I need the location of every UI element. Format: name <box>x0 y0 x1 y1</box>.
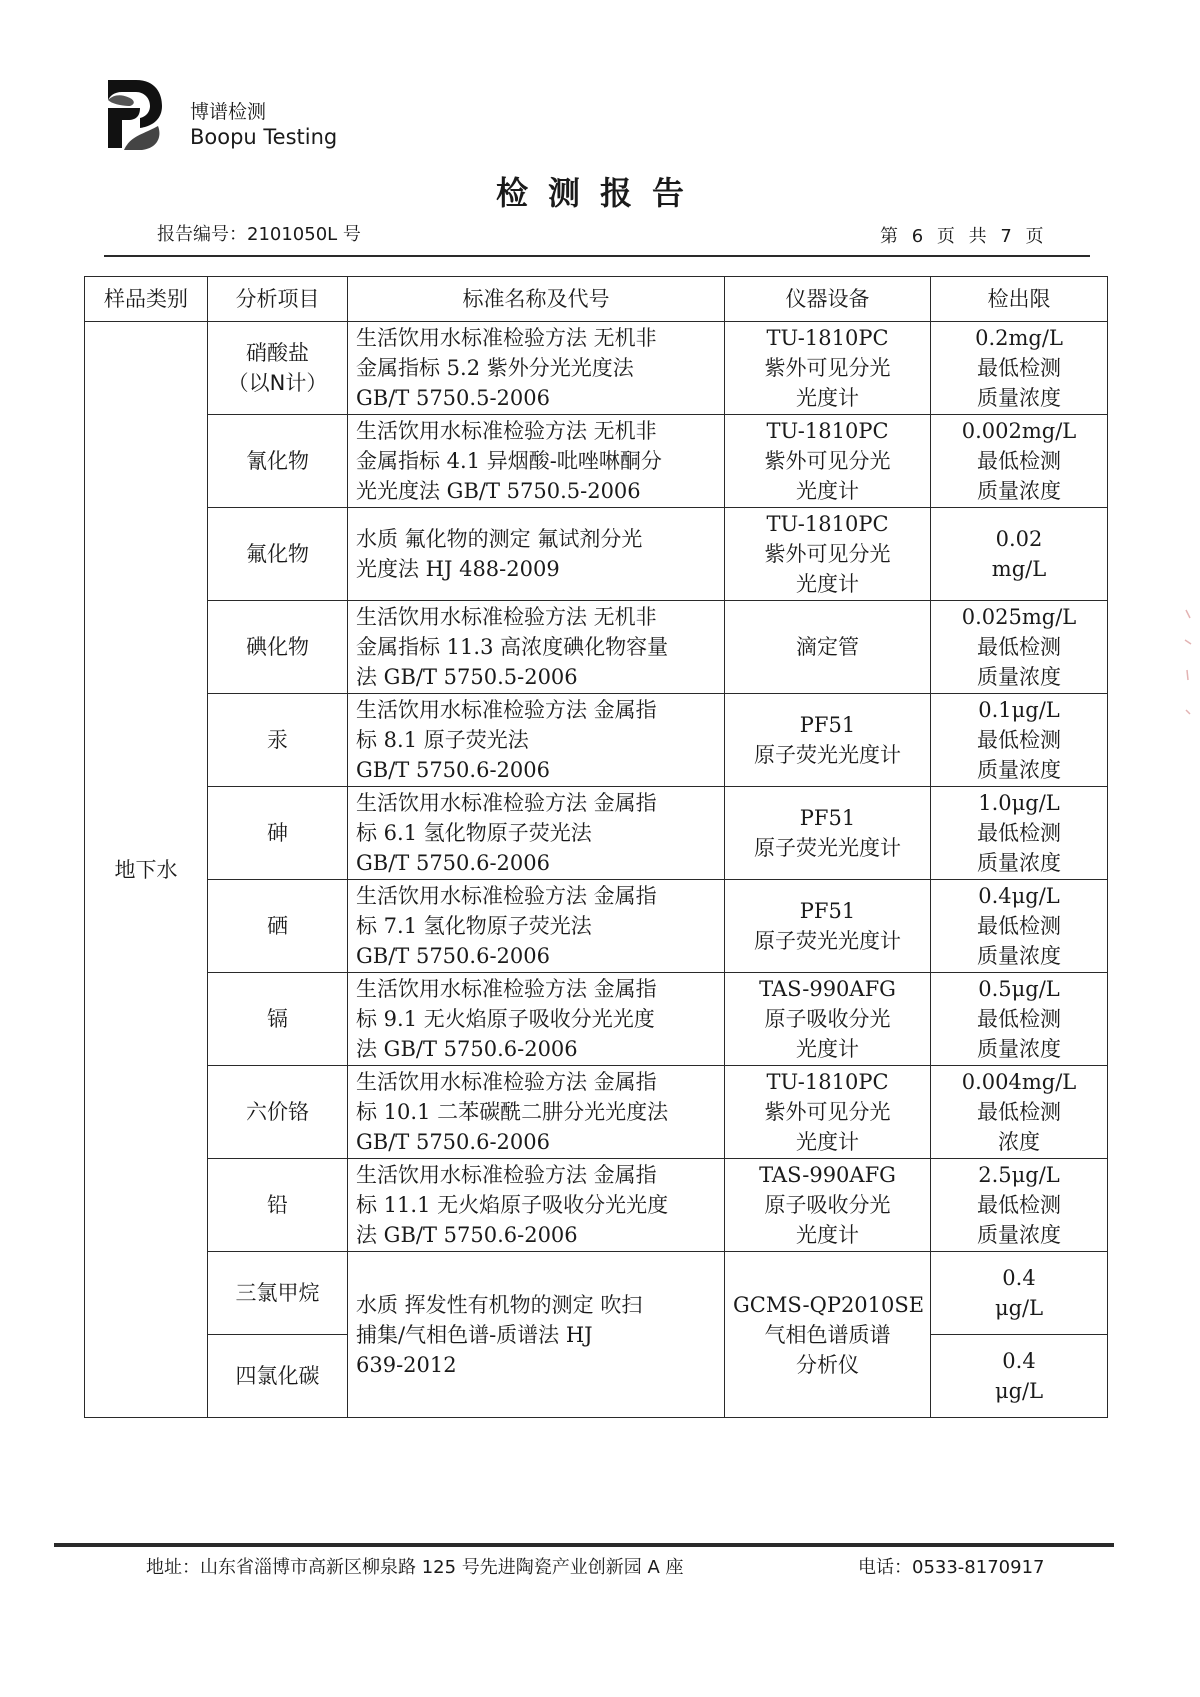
table-row: 汞生活饮用水标准检验方法 金属指标 8.1 原子荧光法GB/T 5750.6-2… <box>85 694 1108 787</box>
standard-cell-line: 法 GB/T 5750.5-2006 <box>356 662 716 692</box>
instrument-cell-line: 光度计 <box>733 1034 922 1064</box>
report-number: 报告编号：2101050L 号 <box>157 220 361 246</box>
detection-limit-cell-line: 0.02 <box>939 524 1099 554</box>
standard-cell: 生活饮用水标准检验方法 金属指标 9.1 无火焰原子吸收分光光度法 GB/T 5… <box>348 973 725 1066</box>
detection-limit-cell-line: 质量浓度 <box>939 1034 1099 1064</box>
table-row: 砷生活饮用水标准检验方法 金属指标 6.1 氢化物原子荧光法GB/T 5750.… <box>85 787 1108 880</box>
standard-cell: 生活饮用水标准检验方法 金属指标 7.1 氢化物原子荧光法GB/T 5750.6… <box>348 880 725 973</box>
standard-cell-line: 法 GB/T 5750.6-2006 <box>356 1034 716 1064</box>
instrument-cell-line: 紫外可见分光 <box>733 539 922 569</box>
standard-cell-line: 标 8.1 原子荧光法 <box>356 725 716 755</box>
standard-cell: 生活饮用水标准检验方法 金属指标 11.1 无火焰原子吸收分光光度法 GB/T … <box>348 1159 725 1252</box>
col-header-instrument: 仪器设备 <box>725 277 931 322</box>
detection-limit-cell-line: 质量浓度 <box>939 755 1099 785</box>
instrument-cell: PF51原子荧光光度计 <box>725 787 931 880</box>
standard-cell-line: 金属指标 11.3 高浓度碘化物容量 <box>356 632 716 662</box>
detection-limit-cell: 0.5μg/L最低检测质量浓度 <box>931 973 1108 1066</box>
instrument-cell-line: 滴定管 <box>733 632 922 662</box>
table-row: 氟化物水质 氟化物的测定 氟试剂分光光度法 HJ 488-2009TU-1810… <box>85 508 1108 601</box>
detection-limit-cell-line: 0.4μg/L <box>939 881 1099 911</box>
standard-cell-line: 水质 挥发性有机物的测定 吹扫 <box>356 1290 716 1320</box>
detection-limit-cell-line: 0.4 <box>939 1263 1099 1293</box>
detection-limit-cell-line: 浓度 <box>939 1127 1099 1157</box>
brand-block: 博谱检测 Boopu Testing <box>190 100 337 150</box>
standard-cell-line: 639-2012 <box>356 1350 716 1380</box>
standard-cell-line: 标 6.1 氢化物原子荧光法 <box>356 818 716 848</box>
sample-category-cell: 地下水 <box>85 322 208 1418</box>
analysis-item-cell-line: 硝酸盐 <box>216 338 339 368</box>
instrument-cell-line: 紫外可见分光 <box>733 353 922 383</box>
instrument-cell-line: 气相色谱质谱 <box>733 1320 922 1350</box>
detection-limit-cell-line: 0.5μg/L <box>939 974 1099 1004</box>
standard-cell: 生活饮用水标准检验方法 金属指标 8.1 原子荧光法GB/T 5750.6-20… <box>348 694 725 787</box>
detection-limit-cell-line: 最低检测 <box>939 632 1099 662</box>
detection-limit-cell-line: 最低检测 <box>939 1004 1099 1034</box>
standard-cell-line: GB/T 5750.6-2006 <box>356 941 716 971</box>
detection-limit-cell-line: 质量浓度 <box>939 476 1099 506</box>
footer-address: 地址：山东省淄博市高新区柳泉路 125 号先进陶瓷产业创新园 A 座 <box>146 1553 684 1579</box>
col-header-detection-limit: 检出限 <box>931 277 1108 322</box>
detection-limit-cell-line: μg/L <box>939 1376 1099 1406</box>
instrument-cell: TU-1810PC紫外可见分光光度计 <box>725 322 931 415</box>
standard-cell-line: 生活饮用水标准检验方法 金属指 <box>356 974 716 1004</box>
instrument-cell-line: TAS-990AFG <box>733 1160 922 1190</box>
instrument-cell-line: PF51 <box>733 803 922 833</box>
instrument-cell-line: 光度计 <box>733 1220 922 1250</box>
detection-limit-cell: 0.4μg/L最低检测质量浓度 <box>931 880 1108 973</box>
standard-cell-line: 生活饮用水标准检验方法 无机非 <box>356 416 716 446</box>
standard-cell-line: 金属指标 4.1 异烟酸-吡唑啉酮分 <box>356 446 716 476</box>
detection-limit-cell-line: 最低检测 <box>939 911 1099 941</box>
instrument-cell-line: GCMS-QP2010SE <box>733 1290 922 1320</box>
analysis-item-cell: 砷 <box>208 787 348 880</box>
col-header-standard: 标准名称及代号 <box>348 277 725 322</box>
page-indicator: 第 6 页 共 7 页 <box>880 222 1048 248</box>
instrument-cell: TU-1810PC紫外可见分光光度计 <box>725 508 931 601</box>
analysis-item-cell: 氰化物 <box>208 415 348 508</box>
analysis-item-cell-line: 硒 <box>216 911 339 941</box>
instrument-cell-line: 紫外可见分光 <box>733 1097 922 1127</box>
detection-limit-cell-line: 0.004mg/L <box>939 1067 1099 1097</box>
instrument-cell-line: 原子荧光光度计 <box>733 926 922 956</box>
detection-limit-cell-line: mg/L <box>939 554 1099 584</box>
detection-limit-cell-line: 0.2mg/L <box>939 323 1099 353</box>
standard-cell: 水质 挥发性有机物的测定 吹扫捕集/气相色谱-质谱法 HJ639-2012 <box>348 1252 725 1418</box>
table-row: 三氯甲烷水质 挥发性有机物的测定 吹扫捕集/气相色谱-质谱法 HJ639-201… <box>85 1252 1108 1335</box>
instrument-cell-line: 光度计 <box>733 383 922 413</box>
instrument-cell-line: TU-1810PC <box>733 1067 922 1097</box>
detection-limit-cell-line: 2.5μg/L <box>939 1160 1099 1190</box>
detection-limit-cell-line: 最低检测 <box>939 725 1099 755</box>
instrument-cell: PF51原子荧光光度计 <box>725 694 931 787</box>
instrument-cell-line: 原子吸收分光 <box>733 1190 922 1220</box>
standard-cell-line: 生活饮用水标准检验方法 金属指 <box>356 881 716 911</box>
instrument-cell: 滴定管 <box>725 601 931 694</box>
table-row: 地下水硝酸盐（以N计）生活饮用水标准检验方法 无机非金属指标 5.2 紫外分光光… <box>85 322 1108 415</box>
analysis-item-cell: 硝酸盐（以N计） <box>208 322 348 415</box>
stamp-mark-icon <box>1182 600 1194 750</box>
header-divider <box>104 255 1090 257</box>
instrument-cell: TU-1810PC紫外可见分光光度计 <box>725 415 931 508</box>
detection-limit-cell: 0.02mg/L <box>931 508 1108 601</box>
instrument-cell-line: 原子荧光光度计 <box>733 740 922 770</box>
standard-cell-line: GB/T 5750.6-2006 <box>356 755 716 785</box>
standard-cell-line: 捕集/气相色谱-质谱法 HJ <box>356 1320 716 1350</box>
instrument-cell: TU-1810PC紫外可见分光光度计 <box>725 1066 931 1159</box>
table-row: 镉生活饮用水标准检验方法 金属指标 9.1 无火焰原子吸收分光光度法 GB/T … <box>85 973 1108 1066</box>
report-title: 检测报告 <box>0 168 1200 214</box>
detection-limit-cell: 0.025mg/L最低检测质量浓度 <box>931 601 1108 694</box>
table-row: 氰化物生活饮用水标准检验方法 无机非金属指标 4.1 异烟酸-吡唑啉酮分光光度法… <box>85 415 1108 508</box>
detection-limit-cell-line: 0.4 <box>939 1346 1099 1376</box>
instrument-cell-line: TAS-990AFG <box>733 974 922 1004</box>
analysis-item-cell: 镉 <box>208 973 348 1066</box>
analysis-item-cell-line: 氰化物 <box>216 446 339 476</box>
standard-cell: 水质 氟化物的测定 氟试剂分光光度法 HJ 488-2009 <box>348 508 725 601</box>
analysis-item-cell-line: 氟化物 <box>216 539 339 569</box>
table-header-row: 样品类别 分析项目 标准名称及代号 仪器设备 检出限 <box>85 277 1108 322</box>
analysis-item-cell: 六价铬 <box>208 1066 348 1159</box>
standard-cell: 生活饮用水标准检验方法 无机非金属指标 11.3 高浓度碘化物容量法 GB/T … <box>348 601 725 694</box>
standard-cell-line: GB/T 5750.6-2006 <box>356 1127 716 1157</box>
standard-cell-line: 标 10.1 二苯碳酰二肼分光光度法 <box>356 1097 716 1127</box>
detection-limit-cell-line: μg/L <box>939 1293 1099 1323</box>
instrument-cell-line: 光度计 <box>733 1127 922 1157</box>
footer-divider <box>54 1543 1114 1547</box>
standard-cell-line: 生活饮用水标准检验方法 金属指 <box>356 788 716 818</box>
standard-cell-line: 法 GB/T 5750.6-2006 <box>356 1220 716 1250</box>
detection-limit-cell-line: 质量浓度 <box>939 941 1099 971</box>
detection-limit-cell: 2.5μg/L最低检测质量浓度 <box>931 1159 1108 1252</box>
standard-cell: 生活饮用水标准检验方法 无机非金属指标 4.1 异烟酸-吡唑啉酮分光光度法 GB… <box>348 415 725 508</box>
detection-limit-cell: 0.004mg/L最低检测浓度 <box>931 1066 1108 1159</box>
brand-name-en: Boopu Testing <box>190 124 337 150</box>
table-row: 六价铬生活饮用水标准检验方法 金属指标 10.1 二苯碳酰二肼分光光度法GB/T… <box>85 1066 1108 1159</box>
instrument-cell-line: PF51 <box>733 896 922 926</box>
detection-limit-cell-line: 最低检测 <box>939 1097 1099 1127</box>
instrument-cell: GCMS-QP2010SE气相色谱质谱分析仪 <box>725 1252 931 1418</box>
instrument-cell-line: 光度计 <box>733 569 922 599</box>
standard-cell-line: 生活饮用水标准检验方法 无机非 <box>356 323 716 353</box>
standard-cell-line: 标 9.1 无火焰原子吸收分光光度 <box>356 1004 716 1034</box>
standard-cell-line: 光光度法 GB/T 5750.5-2006 <box>356 476 716 506</box>
detection-limit-cell: 0.1μg/L最低检测质量浓度 <box>931 694 1108 787</box>
analysis-item-cell: 碘化物 <box>208 601 348 694</box>
standard-cell-line: 生活饮用水标准检验方法 金属指 <box>356 695 716 725</box>
col-header-sample-category: 样品类别 <box>85 277 208 322</box>
detection-limit-cell-line: 质量浓度 <box>939 383 1099 413</box>
analysis-item-cell: 硒 <box>208 880 348 973</box>
standard-cell-line: 光度法 HJ 488-2009 <box>356 554 716 584</box>
detection-limit-cell: 1.0μg/L最低检测质量浓度 <box>931 787 1108 880</box>
instrument-cell-line: 原子荧光光度计 <box>733 833 922 863</box>
table-row: 碘化物生活饮用水标准检验方法 无机非金属指标 11.3 高浓度碘化物容量法 GB… <box>85 601 1108 694</box>
detection-limit-cell: 0.2mg/L最低检测质量浓度 <box>931 322 1108 415</box>
analysis-item-cell: 四氯化碳 <box>208 1335 348 1418</box>
detection-limit-cell-line: 质量浓度 <box>939 848 1099 878</box>
analysis-item-cell-line: 三氯甲烷 <box>216 1278 339 1308</box>
analysis-item-cell-line: 碘化物 <box>216 632 339 662</box>
detection-limit-cell-line: 质量浓度 <box>939 1220 1099 1250</box>
standard-cell-line: 生活饮用水标准检验方法 金属指 <box>356 1067 716 1097</box>
instrument-cell-line: PF51 <box>733 710 922 740</box>
boopu-logo-icon <box>100 76 166 152</box>
instrument-cell-line: 紫外可见分光 <box>733 446 922 476</box>
analysis-item-cell-line: 汞 <box>216 725 339 755</box>
standard-cell-line: GB/T 5750.6-2006 <box>356 848 716 878</box>
standard-cell-line: 生活饮用水标准检验方法 金属指 <box>356 1160 716 1190</box>
table-row: 铅生活饮用水标准检验方法 金属指标 11.1 无火焰原子吸收分光光度法 GB/T… <box>85 1159 1108 1252</box>
table-row: 硒生活饮用水标准检验方法 金属指标 7.1 氢化物原子荧光法GB/T 5750.… <box>85 880 1108 973</box>
analysis-item-cell-line: 砷 <box>216 818 339 848</box>
brand-name-cn: 博谱检测 <box>190 100 337 124</box>
standard-cell-line: 标 11.1 无火焰原子吸收分光光度 <box>356 1190 716 1220</box>
standard-cell-line: GB/T 5750.5-2006 <box>356 383 716 413</box>
analysis-item-cell-line: 铅 <box>216 1190 339 1220</box>
instrument-cell: TAS-990AFG原子吸收分光光度计 <box>725 973 931 1066</box>
detection-limit-cell-line: 最低检测 <box>939 818 1099 848</box>
footer-phone: 电话：0533-8170917 <box>858 1553 1044 1579</box>
detection-limit-cell: 0.4μg/L <box>931 1252 1108 1335</box>
analysis-item-cell: 氟化物 <box>208 508 348 601</box>
detection-limit-cell-line: 最低检测 <box>939 446 1099 476</box>
col-header-analysis-item: 分析项目 <box>208 277 348 322</box>
instrument-cell: TAS-990AFG原子吸收分光光度计 <box>725 1159 931 1252</box>
standard-cell: 生活饮用水标准检验方法 无机非金属指标 5.2 紫外分光光度法GB/T 5750… <box>348 322 725 415</box>
standard-cell-line: 水质 氟化物的测定 氟试剂分光 <box>356 524 716 554</box>
analysis-item-cell-line: 六价铬 <box>216 1097 339 1127</box>
detection-limit-cell-line: 质量浓度 <box>939 662 1099 692</box>
analysis-item-cell-line: （以N计） <box>216 368 339 398</box>
instrument-cell-line: TU-1810PC <box>733 416 922 446</box>
analysis-item-cell: 三氯甲烷 <box>208 1252 348 1335</box>
detection-limit-cell-line: 0.1μg/L <box>939 695 1099 725</box>
standard-cell: 生活饮用水标准检验方法 金属指标 10.1 二苯碳酰二肼分光光度法GB/T 57… <box>348 1066 725 1159</box>
detection-limit-cell: 0.4μg/L <box>931 1335 1108 1418</box>
test-methods-table: 样品类别 分析项目 标准名称及代号 仪器设备 检出限 地下水硝酸盐（以N计）生活… <box>84 276 1108 1418</box>
standard-cell-line: 生活饮用水标准检验方法 无机非 <box>356 602 716 632</box>
standard-cell-line: 标 7.1 氢化物原子荧光法 <box>356 911 716 941</box>
analysis-item-cell-line: 四氯化碳 <box>216 1361 339 1391</box>
instrument-cell-line: 分析仪 <box>733 1350 922 1380</box>
instrument-cell: PF51原子荧光光度计 <box>725 880 931 973</box>
detection-limit-cell-line: 0.025mg/L <box>939 602 1099 632</box>
analysis-item-cell: 汞 <box>208 694 348 787</box>
analysis-item-cell: 铅 <box>208 1159 348 1252</box>
instrument-cell-line: 光度计 <box>733 476 922 506</box>
standard-cell: 生活饮用水标准检验方法 金属指标 6.1 氢化物原子荧光法GB/T 5750.6… <box>348 787 725 880</box>
detection-limit-cell-line: 最低检测 <box>939 353 1099 383</box>
instrument-cell-line: 原子吸收分光 <box>733 1004 922 1034</box>
analysis-item-cell-line: 镉 <box>216 1004 339 1034</box>
instrument-cell-line: TU-1810PC <box>733 509 922 539</box>
detection-limit-cell-line: 1.0μg/L <box>939 788 1099 818</box>
instrument-cell-line: TU-1810PC <box>733 323 922 353</box>
standard-cell-line: 金属指标 5.2 紫外分光光度法 <box>356 353 716 383</box>
detection-limit-cell: 0.002mg/L最低检测质量浓度 <box>931 415 1108 508</box>
detection-limit-cell-line: 0.002mg/L <box>939 416 1099 446</box>
detection-limit-cell-line: 最低检测 <box>939 1190 1099 1220</box>
